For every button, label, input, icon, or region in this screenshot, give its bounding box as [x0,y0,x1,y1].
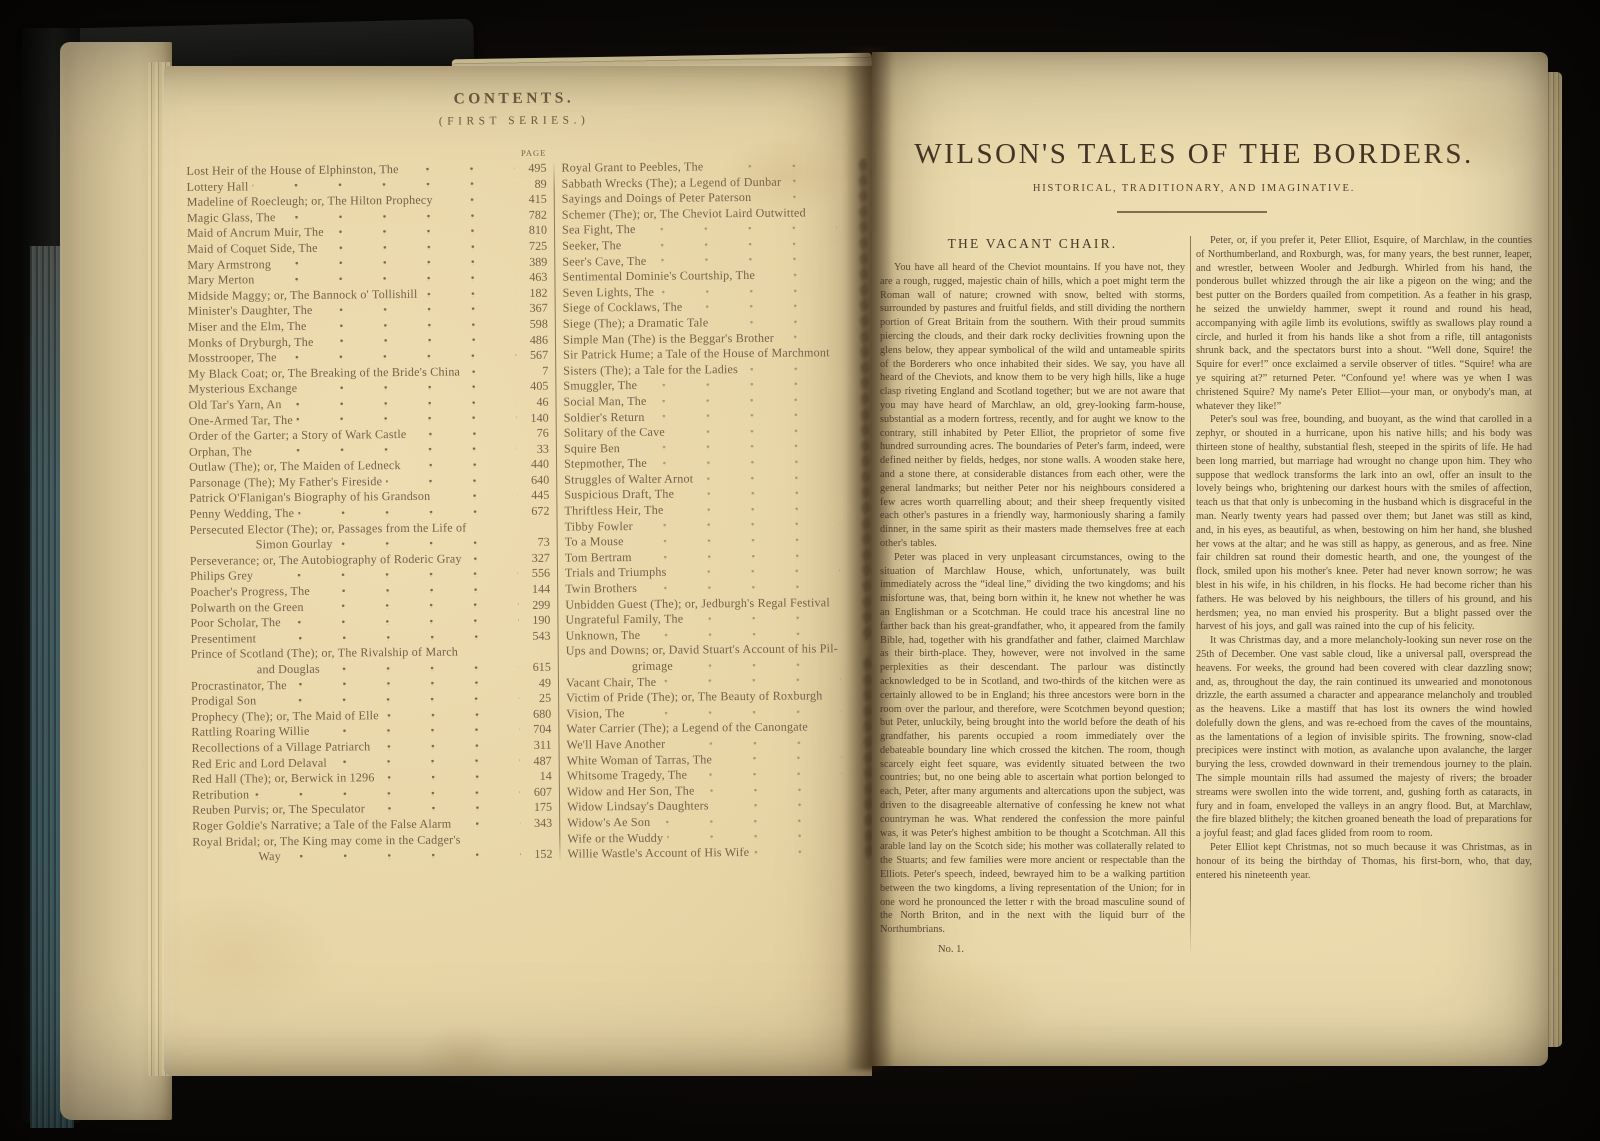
story-column-right: Peter, or, if you prefer it, Peter Ellio… [1196,234,1532,955]
toc-entry-page-number: 76 [521,426,549,442]
toc-entry: Simple Man (The) is the Beggar's Brother [563,329,870,347]
toc-entry-page-number: 607 [524,784,552,800]
toc-entry-title: Tom Bertram [565,550,632,566]
dot-leader [654,813,842,830]
toc-entry-title: Minister's Daughter, The [188,303,313,320]
dot-leader [691,766,842,783]
toc-entry-page-number: 190 [522,613,550,629]
toc-entry-page-number [841,189,869,205]
toc-entry-title: Lost Heir of the House of Elphinston, Th… [186,162,398,179]
toc-entry-title: Presentiment [191,631,257,647]
toc-entry-page-number: 543 [523,629,551,645]
toc-entry-page-number [846,797,874,813]
dot-leader [465,832,521,848]
toc-entry-title: Mysterious Exchange [188,381,297,398]
toc-entry-title: Lottery Hall [187,179,249,195]
table-of-contents: PAGE Lost Heir of the House of Elphinsto… [160,158,874,866]
toc-entry-title: One-Armed Tar, The [189,412,293,429]
toc-entry-page-number [843,423,871,439]
toc-entry-page-number [844,532,872,548]
toc-entry-title: Squire Ben [564,441,620,457]
toc-entry-page-number: 704 [523,722,551,738]
toc-entry-page-number [846,766,874,782]
toc-entry-page-number: 33 [521,441,549,457]
dot-leader [810,205,837,221]
dot-leader [778,330,838,346]
toc-entry-title: Suspicious Draft, The [564,487,674,504]
toc-entry-title: Recollections of a Village Patriarch [191,739,370,756]
toc-entry-title: Mary Merton [187,272,254,288]
toc-entry: Willie Wastle's Account of His Wife [567,844,874,862]
dot-leader [834,345,839,361]
dot-leader [316,301,515,318]
toc-entry-page-number [843,501,871,517]
dot-leader [331,754,520,771]
dot-leader [629,704,842,721]
toc-entry-page-number: 598 [520,317,548,333]
toc-entry-title: Sisters (The); a Tale for the Ladies [563,362,738,379]
masthead-subtitle: HISTORICAL, TRADITIONARY, AND IMAGINATIV… [890,183,1498,194]
toc-entry-title: Siege (The); a Dramatic Tale [563,315,709,332]
story-text-right: Peter, or, if you prefer it, Peter Ellio… [1196,234,1532,882]
toc-entry-title: Willie Wastle's Account of His Wife [567,845,749,862]
dot-leader [641,579,840,596]
dot-leader [410,426,516,443]
toc-entry-title: Thriftless Heir, The [564,503,663,519]
dot-leader [637,517,840,534]
toc-entry-title: Monks of Dryburgh, The [188,334,314,351]
story-paragraph: Peter, or, if you prefer it, Peter Ellio… [1196,234,1532,413]
toc-entry-title: Order of the Garter; a Story of Wark Cas… [189,427,407,444]
toc-entry-title: and Douglas [191,662,320,679]
toc-entry-title: Penny Wedding, The [189,506,294,523]
toc-entry-title: Miser and the Elm, The [188,319,307,336]
toc-entry-page-number: 49 [523,675,551,691]
contents-column-right: Royal Grant to Peebles, The Sabbath Wrec… [561,158,874,862]
dot-leader [308,598,519,615]
toc-entry-page-number [841,220,869,236]
toc-entry-title: Social Man, The [563,394,646,410]
dot-leader [317,333,516,350]
dot-leader [466,551,518,567]
dot-leader [379,769,520,786]
toc-entry-title: White Woman of Tarras, The [567,752,713,769]
toc-entry-page-number: 495 [518,161,546,177]
contents-column-left: PAGE Lost Heir of the House of Elphinsto… [186,161,552,866]
dot-leader [759,267,838,283]
dot-leader [641,377,838,394]
toc-entry-title: Rattling Roaring Willie [191,724,309,741]
page-column-label: PAGE [521,148,547,158]
toc-entry-page-number: 389 [519,254,547,270]
open-book-photo: CONTENTS. (FIRST SERIES.) PAGE Lost Heir… [0,0,1600,1141]
contents-series-subtitle: (FIRST SERIES.) [160,112,868,130]
toc-list-left: Lost Heir of the House of Elphinston, Th… [186,161,552,866]
toc-entry-page-number: 175 [524,800,552,816]
toc-entry-title: Tibby Fowler [565,519,633,535]
toc-entry-title: Ungrateful Family, The [565,612,683,629]
toc-entry-title: Philips Grey [190,569,253,585]
story-text-left: You have all heard of the Cheviot mounta… [880,261,1185,937]
toc-entry-title: Way [192,849,281,865]
toc-entry-page-number: 615 [523,660,551,676]
toc-entry-title: Seer's Cave, The [562,253,646,269]
toc-entry-title: Simon Gourlay [190,537,333,554]
toc-entry: Unknown, The [566,626,873,644]
toc-entry-title: Whitsome Tragedy, The [567,768,688,785]
toc-entry-page-number [844,610,872,626]
toc-entry-page-number [842,392,870,408]
toc-entry-title: Prodigal Son [191,693,256,709]
toc-entry-title: Reuben Purvis; or, The Speculator [192,802,365,819]
toc-entry-page-number [842,345,870,361]
dot-leader [464,364,516,380]
dot-leader [625,236,837,253]
dot-leader [650,252,837,269]
toc-entry-page-number: 672 [521,504,549,520]
book-masthead-title: WILSON'S TALES OF THE BORDERS. [890,138,1498,171]
toc-entry-page-number: 343 [524,816,552,832]
toc-entry-page-number [845,735,873,751]
toc-entry: Twin Brothers [565,579,872,597]
dot-leader [369,800,520,817]
dot-leader [716,751,842,768]
toc-entry-title: Red Eric and Lord Delaval [192,755,327,772]
dot-leader [678,486,839,503]
toc-entry-page-number: 556 [522,566,550,582]
toc-entry-title: Procrastinator, The [191,678,287,694]
toc-entry-page-number [844,563,872,579]
dot-leader [649,408,839,425]
toc-entry-title: Maid of Ancrum Muir, The [187,225,324,242]
story-columns: THE VACANT CHAIR. You have all heard of … [872,234,1548,955]
dot-leader [405,457,518,474]
toc-entry-page-number: 486 [520,332,548,348]
toc-entry-page-number: 7 [520,363,548,379]
toc-entry-title: Magic Glass, The [187,210,276,226]
toc-entry-page-number: 152 [524,847,552,863]
toc-entry-page-number [840,158,868,174]
column-divider-rule [553,161,560,863]
toc-entry-title: Retribution [192,787,249,803]
toc-entry-page-number [841,267,869,283]
dot-leader [437,192,515,208]
toc-entry-title: Sea Fight, The [562,222,636,238]
dot-leader [667,829,842,846]
dot-leader [301,379,516,396]
dot-leader [636,548,840,565]
toc-entry-title: Siege of Cocklaws, The [563,300,683,317]
toc-entry-page-number: 680 [523,706,551,722]
toc-entry: Way 152 [192,847,552,866]
toc-entry-title: grimage [566,659,673,676]
dot-leader [669,735,841,752]
toc-entry-title: Seven Lights, The [563,285,655,301]
toc-entry-title: Wife or the Wuddy [567,830,663,846]
dot-leader [639,221,837,238]
toc-entry-page-number [844,579,872,595]
dot-leader [314,582,518,599]
contents-page: CONTENTS. (FIRST SERIES.) PAGE Lost Heir… [164,66,872,1076]
toc-entry-title: We'll Have Another [566,737,665,753]
dot-leader [651,392,839,409]
dot-leader [324,660,519,677]
dot-leader [658,283,838,300]
story-paragraph: Peter Elliot kept Christmas, not so much… [1196,841,1532,882]
toc-entry-page-number [845,657,873,673]
story-page: WILSON'S TALES OF THE BORDERS. HISTORICA… [872,52,1548,1066]
dot-leader [322,239,516,256]
toc-entry-title: Stepmother, The [564,456,647,472]
toc-entry-title: Seeker, The [562,238,621,254]
toc-entry-page-number: 73 [522,535,550,551]
toc-entry-page-number: 810 [519,223,547,239]
toc-entry-page-number: 367 [520,301,548,317]
toc-entry-page-number: 640 [521,473,549,489]
toc-entry-title: Smuggler, The [563,378,637,394]
toc-entry-page-number: 415 [519,192,547,208]
toc-entry-title: Red Hall (The); or, Berwick in 1296 [192,770,375,787]
toc-entry-title: Vision, The [566,706,624,722]
toc-entry-page-number [845,719,873,735]
toc-entry-page-number: 327 [522,551,550,567]
dot-leader [686,299,837,316]
toc-entry-page-number [844,626,872,642]
toc-entry-page-number: 445 [521,488,549,504]
toc-entry-title: Unknown, The [566,628,641,644]
dot-leader [628,532,840,549]
dot-leader [337,535,518,552]
toc-entry-page-number [842,376,870,392]
toc-entry-page-number: 25 [523,691,551,707]
dot-leader [311,317,516,334]
toc-entry-title: Outlaw (The); or, The Maiden of Ledneck [189,458,401,475]
toc-entry-page-number: 782 [519,208,547,224]
dot-leader [670,564,840,581]
dot-leader [285,847,521,865]
page-stack-edges-right [1546,72,1562,1047]
contents-title: CONTENTS. [160,87,868,111]
toc-entry-title: Sayings and Doings of Peter Paterson [562,190,752,207]
header-divider-rule [1117,211,1267,213]
toc-list-right: Royal Grant to Peebles, The Sabbath Wrec… [561,158,874,862]
toc-entry-title: Parsonage (The); My Father's Fireside [189,474,382,491]
dot-leader [697,470,839,487]
toc-entry-page-number: 89 [519,176,547,192]
toc-entry-page-number: 463 [519,270,547,286]
dot-leader [669,423,839,440]
toc-entry-page-number: 140 [521,410,549,426]
toc-entry-page-number: 567 [520,348,548,364]
dot-leader [455,816,520,832]
dot-leader [687,610,840,627]
toc-entry-title: To a Mouse [565,534,624,550]
toc-entry-page-number: 182 [520,285,548,301]
dot-leader [328,223,515,240]
dot-leader [624,439,839,456]
issue-number: No. 1. [880,944,1185,955]
toc-entry-page-number [842,298,870,314]
dot-leader [755,189,837,205]
dot-leader [374,738,519,755]
toc-entry-page-number [843,454,871,470]
toc-entry-title: Solitary of the Cave [564,425,665,441]
dot-leader [713,798,842,815]
dot-leader [677,657,841,674]
toc-entry-title: Mosstrooper, The [188,350,277,366]
dot-leader [651,454,839,471]
dot-leader [383,707,520,724]
toc-entry-title: Widow Lindsay's Daughters [567,799,709,816]
toc-entry-title: Soldier's Return [564,409,645,425]
dot-leader [812,720,842,736]
toc-entry-page-number [842,314,870,330]
story-paragraph: Peter was placed in very unpleasant circ… [880,551,1185,937]
toc-entry-page-number [846,844,874,860]
dot-leader [470,520,517,536]
dot-leader [297,411,517,429]
story-paragraph: You have all heard of the Cheviot mounta… [880,261,1185,551]
dot-leader [313,722,519,739]
toc-entry-title: Trials and Triumphs [565,565,667,581]
toc-entry-page-number: 440 [521,457,549,473]
toc-entry-title: Poor Scholar, The [190,615,280,631]
toc-entry-page-number: 144 [522,582,550,598]
toc-entry-title: Twin Brothers [565,581,637,597]
toc-entry-title: Maid of Coquet Side, The [187,241,318,258]
dot-leader [834,595,841,611]
toc-entry-title: Poacher's Progress, The [190,584,310,601]
toc-entry-title: Struggles of Walter Arnot [564,471,693,488]
toc-entry-title: Sentimental Dominie's Courtship, The [562,268,755,285]
toc-entry-title: Old Tar's Yarn, An [188,397,281,413]
story-paragraph: Peter's soul was free, bounding, and buo… [1196,413,1532,634]
toc-entry-title: Mary Armstrong [187,257,271,273]
toc-entry-title: Vacant Chair, The [566,674,656,690]
dot-leader [667,501,839,518]
toc-entry-title: Widow and Her Son, The [567,783,695,800]
toc-entry-page-number [845,688,873,704]
dot-leader [712,314,838,331]
toc-entry-page-number: 311 [523,738,551,754]
dot-leader [386,473,517,490]
story-title: THE VACANT CHAIR. [880,236,1185,252]
toc-entry-page-number: 46 [520,395,548,411]
dot-leader [660,673,841,690]
toc-entry-page-number [841,236,869,252]
toc-entry-page-number: 405 [520,379,548,395]
toc-entry-page-number [846,813,874,829]
dot-leader [742,361,838,377]
dot-leader [462,644,519,660]
toc-entry-title: Simple Man (The) is the Beggar's Brother [563,330,774,347]
toc-entry-title: Royal Grant to Peebles, The [561,159,703,176]
dot-leader [785,174,837,190]
toc-entry-title: Widow's Ae Son [567,815,650,831]
toc-entry-page-number: 725 [519,239,547,255]
dot-leader [698,782,841,799]
dot-leader [421,286,515,302]
dot-leader [644,626,840,643]
toc-entry-page-number: 487 [524,753,552,769]
toc-entry-title: Orphan, The [189,444,252,460]
dot-leader [707,158,836,175]
toc-entry-page-number: 299 [522,597,550,613]
toc-entry-title: Polwarth on the Green [190,599,303,616]
dot-leader [434,488,517,504]
dot-leader [753,844,842,860]
dot-leader [826,688,841,704]
toc-entry-page-number: 14 [524,769,552,785]
column-divider-rule [1190,236,1191,955]
story-column-left: THE VACANT CHAIR. You have all heard of … [880,234,1185,955]
toc-entry-title: Prophecy (The); or, The Maid of Elle [191,708,379,725]
story-paragraph: It was Christmas day, and a more melanch… [1196,634,1532,841]
dot-leader [403,161,515,178]
